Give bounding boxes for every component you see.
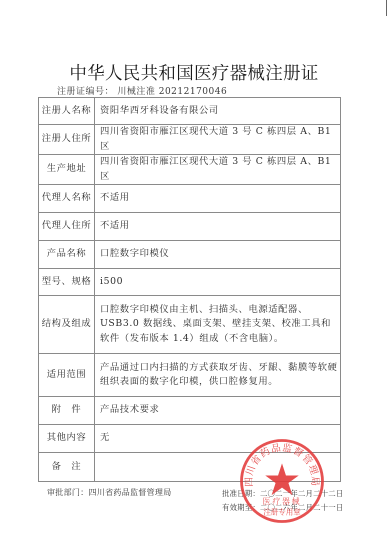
row-value: 资阳华西牙科设备有限公司 (95, 98, 341, 125)
seal-middle-text: 医疗器械 (263, 496, 302, 506)
row-value: 不适用 (95, 213, 341, 241)
table-row: 注册人名称 资阳华西牙科设备有限公司 (39, 98, 341, 125)
approval-department: 审批部门：四川省药品监督管理局 (47, 487, 172, 498)
certificate-table: 注册人名称 资阳华西牙科设备有限公司 注册人住所 四川省资阳市雁江区现代大道 3… (38, 97, 341, 482)
table-row: 型号、规格 i500 (39, 269, 341, 296)
row-value: 产品技术要求 (95, 397, 341, 425)
row-label: 备 注 (39, 453, 95, 482)
registration-number: 注册证编号： 川械注准 20212170046 (57, 84, 227, 97)
table-row: 代理人住所 不适用 (39, 213, 341, 241)
table-row: 适用范围 产品通过口内扫描的方式获取牙齿、牙龈、黏膜等软硬组织表面的数字化印模，… (39, 354, 341, 397)
row-value: i500 (95, 269, 341, 296)
table-row: 附 件 产品技术要求 (39, 397, 341, 425)
row-label: 产品名称 (39, 241, 95, 269)
row-label: 结构及组成 (39, 296, 95, 354)
table-row: 代理人名称 不适用 (39, 185, 341, 213)
row-label: 附 件 (39, 397, 95, 425)
table-row: 注册人住所 四川省资阳市雁江区现代大道 3 号 C 栋四层 A、B1 区 (39, 125, 341, 155)
row-value: 产品通过口内扫描的方式获取牙齿、牙龈、黏膜等软硬组织表面的数字化印模，供口腔修复… (95, 354, 341, 397)
row-label: 生产地址 (39, 155, 95, 185)
row-value: 四川省资阳市雁江区现代大道 3 号 C 栋四层 A、B1 区 (95, 125, 341, 155)
row-label: 注册人名称 (39, 98, 95, 125)
table-row: 生产地址 四川省资阳市雁江区现代大道 3 号 C 栋四层 A、B1 区 (39, 155, 341, 185)
row-label: 型号、规格 (39, 269, 95, 296)
official-seal-icon: 四川省药品监督管理局 医疗器械 注册专用章 (238, 437, 326, 525)
row-value: 口腔数字印模仪由主机、扫描头、电源适配器、USB3.0 数据线、桌面支架、壁挂支… (95, 296, 341, 354)
row-value: 口腔数字印模仪 (95, 241, 341, 269)
row-value: 不适用 (95, 185, 341, 213)
row-label: 注册人住所 (39, 125, 95, 155)
star-icon (265, 463, 298, 495)
table-row: 产品名称 口腔数字印模仪 (39, 241, 341, 269)
row-label: 代理人住所 (39, 213, 95, 241)
row-label: 其他内容 (39, 425, 95, 453)
scan-edge-mark (386, 0, 387, 16)
row-label: 适用范围 (39, 354, 95, 397)
row-label: 代理人名称 (39, 185, 95, 213)
table-row: 结构及组成 口腔数字印模仪由主机、扫描头、电源适配器、USB3.0 数据线、桌面… (39, 296, 341, 354)
seal-bottom-text: 注册专用章 (263, 506, 301, 516)
row-value: 四川省资阳市雁江区现代大道 3 号 C 栋四层 A、B1 区 (95, 155, 341, 185)
certificate-title: 中华人民共和国医疗器械注册证 (0, 60, 388, 85)
